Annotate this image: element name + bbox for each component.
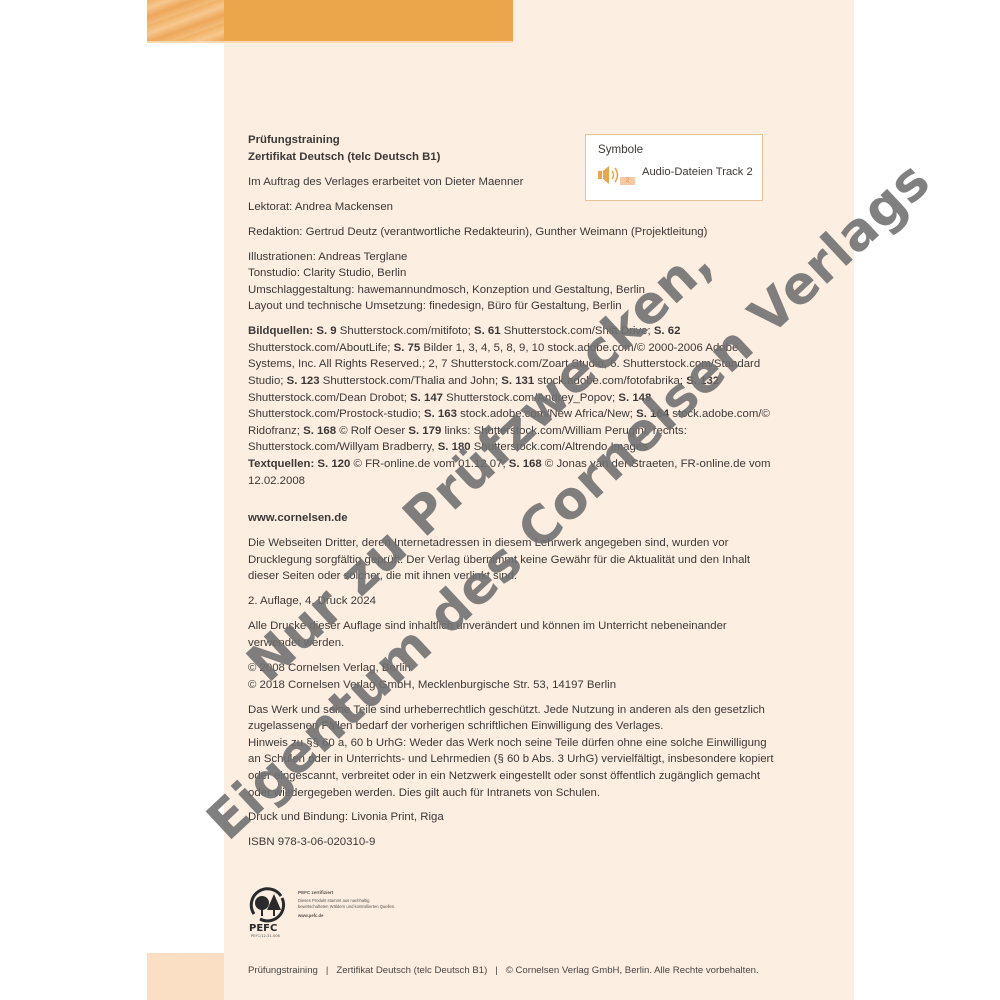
redaktion-credit: Redaktion: Gertrud Deutz (verantwortlich… bbox=[248, 224, 778, 241]
source-credit: Shutterstock.com/Shift Drive; bbox=[501, 325, 654, 337]
footer-separator: | bbox=[326, 965, 329, 976]
tonstudio-credit: Tonstudio: Clarity Studio, Berlin bbox=[248, 265, 778, 282]
source-credit: © Rolf Oeser bbox=[336, 425, 408, 437]
source-page-ref: S. 168 bbox=[509, 458, 542, 470]
imprint-content: Prüfungstraining Zertifikat Deutsch (tel… bbox=[248, 132, 778, 851]
bottom-color-band bbox=[147, 953, 224, 1000]
source-page-ref: S. 180 bbox=[438, 441, 471, 453]
source-credit: Shutterstock.com/Dean Drobot; bbox=[248, 392, 410, 404]
pefc-certification: PEFC PEFC/12-31-006 PEFC zertifiziert Di… bbox=[248, 884, 398, 944]
copyright-2018: © 2018 Cornelsen Verlag GmbH, Mecklenbur… bbox=[248, 677, 778, 694]
page-footer: Prüfungstraining|Zertifikat Deutsch (tel… bbox=[248, 965, 759, 976]
source-credit: Shutterstock.com/Prostock-studio; bbox=[248, 408, 424, 420]
source-page-ref: S. 75 bbox=[394, 342, 421, 354]
urhg-notice: Hinweis zu §§ 60 a, 60 b UrhG: Weder das… bbox=[248, 735, 778, 801]
source-credit: stock.adobe.com/New Africa/New; bbox=[457, 408, 636, 420]
copyright-2008: © 2008 Cornelsen Verlag, Berlin bbox=[248, 660, 778, 677]
svg-text:PEFC/12-31-006: PEFC/12-31-006 bbox=[251, 934, 281, 938]
symbols-legend-title: Symbole bbox=[598, 143, 643, 156]
pefc-description: Dieses Produkt stammt aus nachhaltig bew… bbox=[298, 898, 398, 910]
source-page-ref: S. 147 bbox=[410, 392, 443, 404]
source-page-ref: S. 164 bbox=[636, 408, 669, 420]
source-page-ref: S. 61 bbox=[474, 325, 501, 337]
sources-label: Textquellen: bbox=[248, 458, 317, 470]
footer-copyright: © Cornelsen Verlag GmbH, Berlin. Alle Re… bbox=[506, 965, 759, 976]
copyright-notice: Das Werk und seine Teile sind urheberrec… bbox=[248, 702, 778, 735]
footer-series: Prüfungstraining bbox=[248, 965, 318, 976]
symbols-legend-box: Symbole 2 Audio-Dateien Track 2 bbox=[585, 134, 763, 201]
top-band-edge bbox=[147, 41, 513, 43]
illustration-credit: Illustrationen: Andreas Terglane bbox=[248, 249, 778, 266]
publisher-website-link[interactable]: www.cornelsen.de bbox=[248, 510, 778, 527]
text-sources: Textquellen: S. 120 © FR-online.de vom 0… bbox=[248, 456, 778, 489]
source-credit: Shutterstock.com/AboutLife; bbox=[248, 342, 394, 354]
source-page-ref: S. 132 bbox=[686, 375, 719, 387]
pefc-logo-icon: PEFC PEFC/12-31-006 bbox=[248, 884, 288, 939]
source-page-ref: S. 62 bbox=[654, 325, 681, 337]
source-page-ref: S. 9 bbox=[316, 325, 336, 337]
source-credit: Shutterstock.com/Thalia and John; bbox=[320, 375, 502, 387]
source-credit: Shutterstock.com/mitifoto; bbox=[337, 325, 474, 337]
track-number-badge: 2 bbox=[620, 177, 635, 185]
third-party-disclaimer: Die Webseiten Dritter, deren Internetadr… bbox=[248, 535, 778, 585]
pefc-title: PEFC zertifiziert bbox=[298, 890, 398, 896]
footer-title: Zertifikat Deutsch (telc Deutsch B1) bbox=[336, 965, 487, 976]
source-credit: Shutterstock.com/Altrendo Images bbox=[471, 441, 648, 453]
source-page-ref: S. 179 bbox=[408, 425, 441, 437]
cover-design-credit: Umschlaggestaltung: hawemannundmosch, Ko… bbox=[248, 282, 778, 299]
footer-separator: | bbox=[495, 965, 498, 976]
source-credit: © FR-online.de vom 01.12.07; bbox=[350, 458, 508, 470]
source-page-ref: S. 148 bbox=[618, 392, 651, 404]
svg-text:PEFC: PEFC bbox=[249, 923, 277, 934]
source-page-ref: S. 123 bbox=[287, 375, 320, 387]
source-credit: Shutterstock.com/Andrey_Popov; bbox=[443, 392, 618, 404]
printing-info: Druck und Bindung: Livonia Print, Riga bbox=[248, 809, 778, 826]
lektorat-credit: Lektorat: Andrea Mackensen bbox=[248, 199, 778, 216]
prints-note: Alle Drucke dieser Auflage sind inhaltli… bbox=[248, 618, 778, 651]
sources-label: Bildquellen: bbox=[248, 325, 316, 337]
pefc-website-link[interactable]: www.pefc.de bbox=[298, 913, 398, 919]
edition-info: 2. Auflage, 4. Druck 2024 bbox=[248, 593, 778, 610]
source-page-ref: S. 131 bbox=[501, 375, 534, 387]
source-page-ref: S. 120 bbox=[317, 458, 350, 470]
top-band-texture bbox=[147, 0, 224, 42]
source-credit: stock.adobe.com/fotofabrika; bbox=[534, 375, 686, 387]
source-page-ref: S. 163 bbox=[424, 408, 457, 420]
source-page-ref: S. 168 bbox=[303, 425, 336, 437]
isbn: ISBN 978-3-06-020310-9 bbox=[248, 834, 778, 851]
image-sources: Bildquellen: S. 9 Shutterstock.com/mitif… bbox=[248, 323, 778, 456]
layout-credit: Layout und technische Umsetzung: finedes… bbox=[248, 298, 778, 315]
audio-track-label: Audio-Dateien Track 2 bbox=[642, 166, 753, 178]
